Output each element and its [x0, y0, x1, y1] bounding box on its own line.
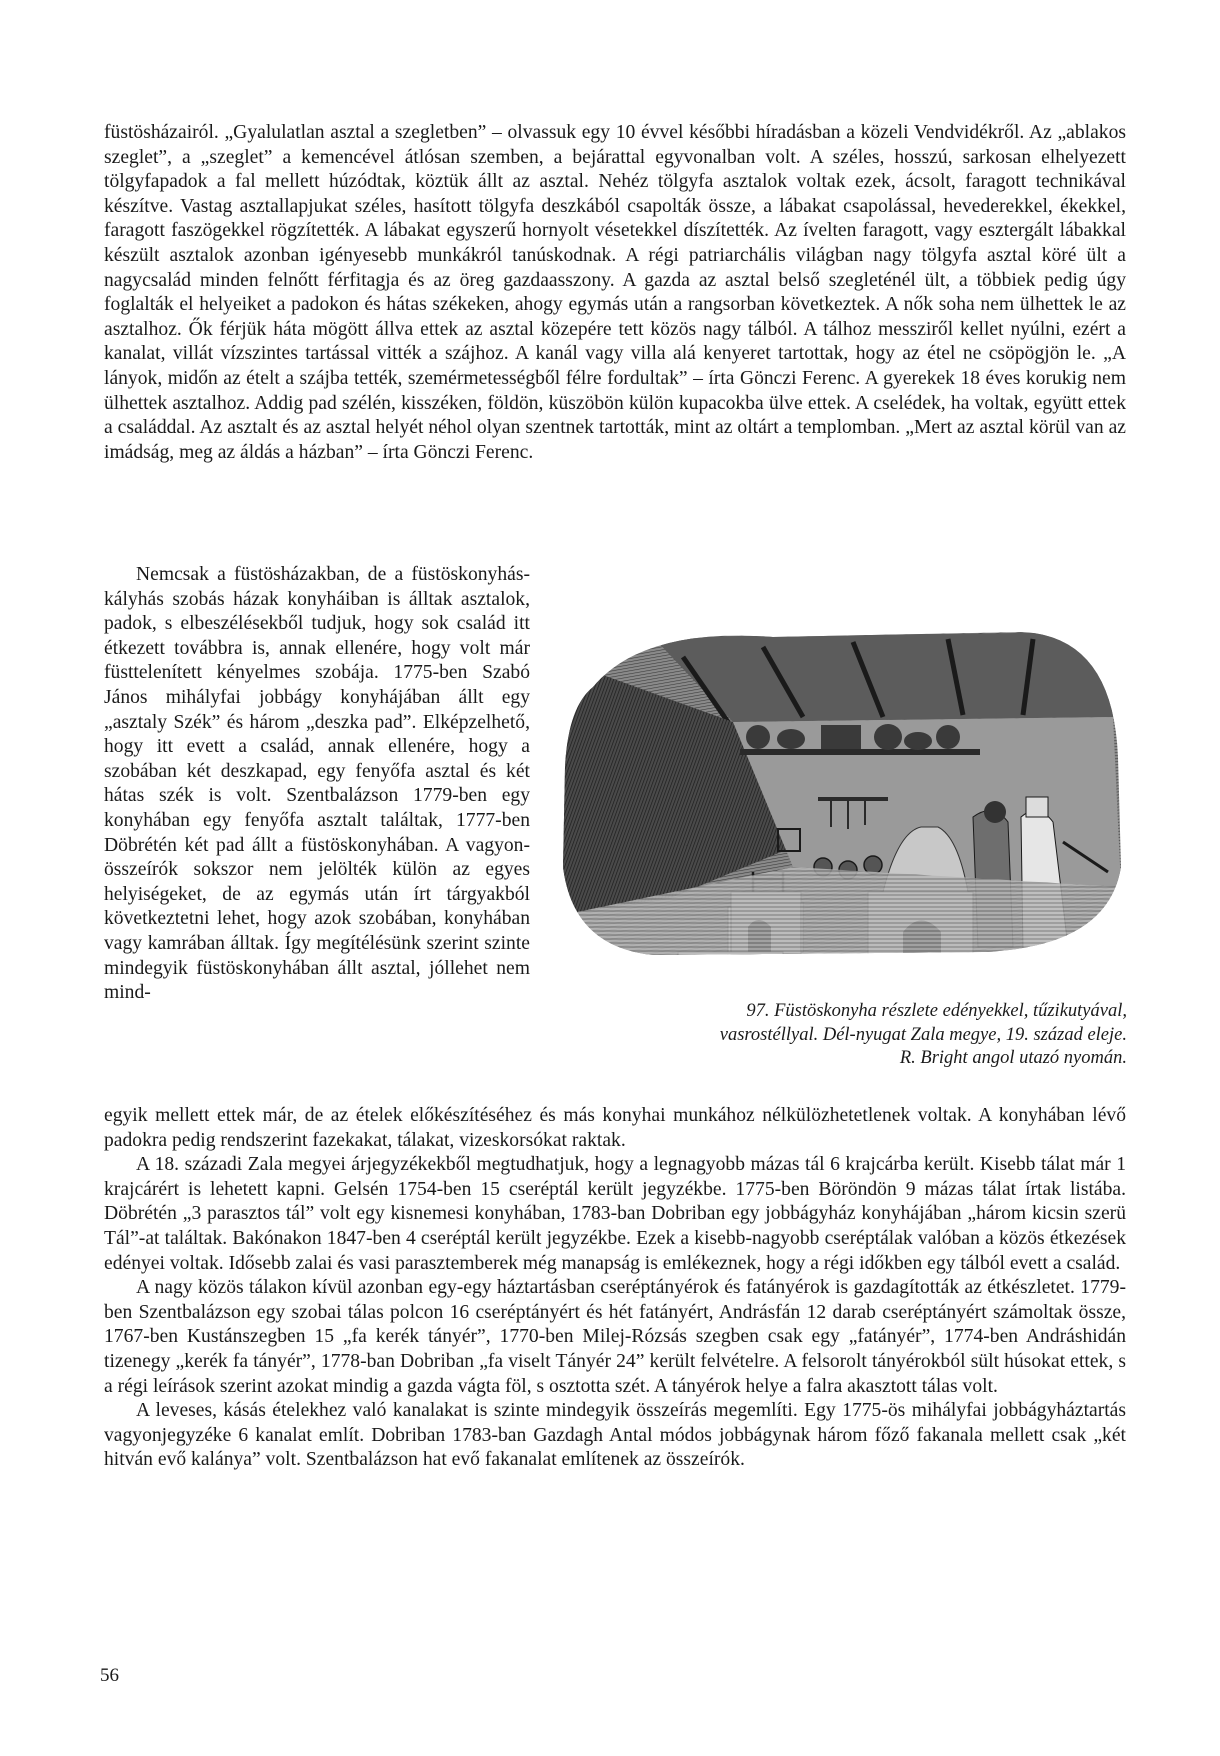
paragraph-continuation-2: egyik mellett ettek már, de az ételek el…: [104, 1104, 1126, 1153]
figure-caption: 97. Füstöskonyha részlete edényekkel, tű…: [580, 1000, 1127, 1071]
paragraph-arjegyzek: A 18. századi Zala megyei árjegyzékekből…: [104, 1153, 1126, 1276]
caption-line-2: vasrostéllyal. Dél-nyugat Zala megye, 19…: [580, 1024, 1127, 1048]
book-page: füstösházairól. „Gyalulatlan asztal a sz…: [0, 0, 1220, 1756]
paragraph-tanyerok: A nagy közös tálakon kívül azonban egy-e…: [104, 1276, 1126, 1399]
paragraph-nemcsak: Nemcsak a füstösházakban, de a füstös­ko…: [104, 563, 530, 1006]
text-block-wrapped: Nemcsak a füstösházakban, de a füstös­ko…: [104, 563, 530, 1006]
caption-line-1: 97. Füstöskonyha részlete edényekkel, tű…: [580, 1000, 1127, 1024]
caption-line-3: R. Bright angol utazó nyomán.: [580, 1047, 1127, 1071]
engraving-image: [553, 617, 1127, 959]
paragraph-continuation: füstösházairól. „Gyalulatlan asztal a sz…: [104, 121, 1126, 465]
kitchen-illustration: [553, 617, 1127, 959]
paragraph-kanalak: A leveses, kásás ételekhez való kanalaka…: [104, 1399, 1126, 1473]
text-block-bottom: egyik mellett ettek már, de az ételek el…: [104, 1104, 1126, 1473]
page-number: 56: [100, 1665, 119, 1687]
text-block-top: füstösházairól. „Gyalulatlan asztal a sz…: [104, 121, 1126, 465]
